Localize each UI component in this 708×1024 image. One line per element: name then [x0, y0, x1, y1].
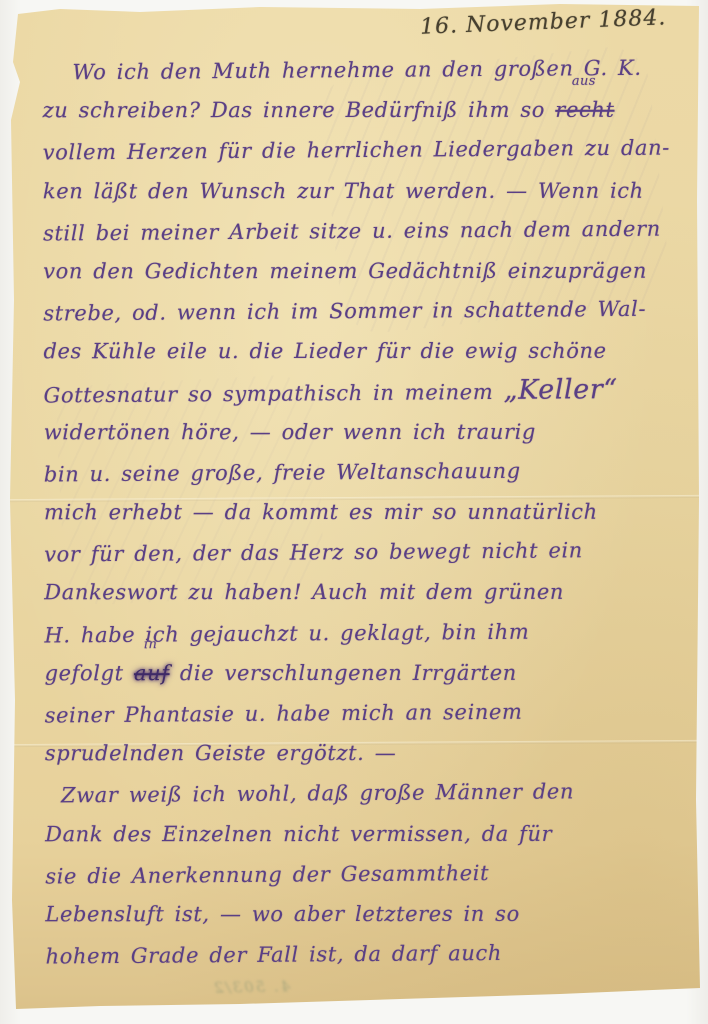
letter-line: Zwar weiß ich wohl, daß große Männer den [45, 771, 681, 816]
line-text: zu schreiben? Das innere Bedürfniß ihm s… [43, 98, 556, 122]
letter-line: strebe, od. wenn ich im Sommer in schatt… [43, 289, 679, 334]
show-through-mark: 4. 503/2 [212, 977, 291, 996]
letter-line: von den Gedichten meinem Gedächtniß einz… [43, 251, 679, 292]
letter-line: Dank des Einzelnen nicht vermissen, da f… [45, 813, 681, 854]
letter-line: des Kühle eile u. die Lieder für die ewi… [43, 331, 679, 372]
line-text: Gottesnatur so sympathisch in meinem [44, 379, 504, 407]
letter-line: gefolgt aufin die verschlungenen Irrgärt… [45, 653, 681, 694]
letter-line: sprudelnden Geiste ergötzt. — [45, 733, 681, 774]
letter-line: Lebensluft ist, — wo aber letzteres in s… [45, 894, 681, 935]
scan-background: 16. November 1884. Wo ich den Muth herne… [0, 0, 708, 1024]
correction: aufin [134, 653, 170, 693]
letter-line: sie die Anerkennung der Gesammtheit [45, 851, 681, 896]
letter-paper: 16. November 1884. Wo ich den Muth herne… [0, 0, 708, 1024]
letter-line: still bei meiner Arbeit sitze u. eins na… [43, 208, 679, 253]
struck-word: recht [555, 98, 614, 122]
letter-line: Dankeswort zu haben! Auch mit dem grünen [44, 572, 680, 613]
letter-line: vollem Herzen für die herrlichen Liederg… [43, 128, 679, 173]
correction: rechtaus [555, 90, 614, 130]
letter-line: hohem Grade der Fall ist, da darf auch [45, 932, 681, 977]
letter-line: seiner Phantasie u. habe mich an seinem [45, 691, 681, 736]
letter-line: vor für den, der das Herz so bewegt nich… [44, 530, 680, 575]
letter-line: Gottesnatur so sympathisch in meinem „Ke… [43, 369, 679, 414]
keller-name: „Keller“ [503, 373, 617, 405]
line-text: die verschlungenen Irrgärten [170, 661, 517, 685]
struck-word-blot: auf [134, 661, 170, 685]
inserted-word: aus [572, 75, 596, 88]
letter-line: ken läßt den Wunsch zur That werden. — W… [43, 170, 679, 211]
letter-line: mich erhebt — da kommt es mir so unnatür… [44, 492, 680, 533]
date-line: 16. November 1884. [419, 5, 666, 39]
letter-line: H. habe ich gejauchzt u. geklagt, bin ih… [44, 610, 680, 655]
letter-line: widertönen höre, — oder wenn ich traurig [44, 411, 680, 452]
letter-line: zu schreiben? Das innere Bedürfniß ihm s… [43, 90, 679, 131]
letter-body: Wo ich den Muth hernehme an den großen G… [42, 49, 681, 976]
line-text: gefolgt [45, 661, 134, 685]
letter-line: bin u. seine große, freie Weltanschauung [44, 449, 680, 494]
inserted-word: in [144, 638, 157, 651]
